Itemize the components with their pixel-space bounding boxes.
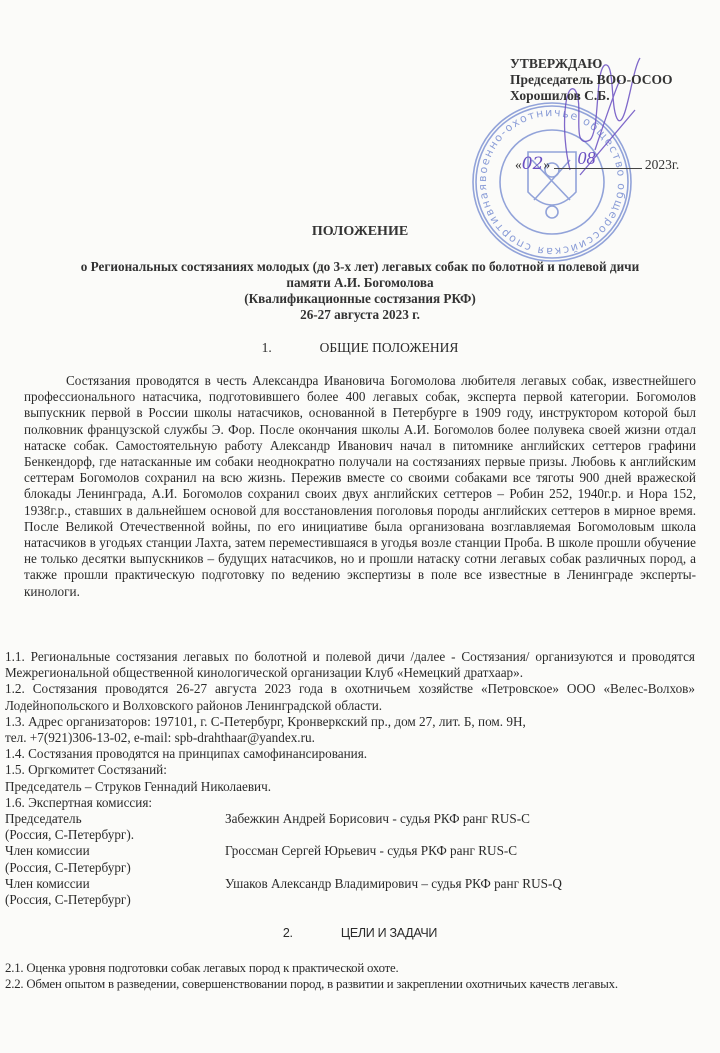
expert-name: Забежкин Андрей Борисович - судья РКФ ра… [225, 811, 530, 827]
date-year: 2023г. [645, 157, 679, 172]
expert-location: (Россия, С-Петербург). [5, 827, 695, 843]
expert-row: Член комиссии Ушаков Александр Владимиро… [5, 876, 695, 892]
approval-position: Председатель ВОО-ОСОО [510, 72, 672, 88]
item-1-3-address: 1.3. Адрес организаторов: 197101, г. С-П… [5, 714, 695, 730]
item-2-1: 2.1. Оценка уровня подготовки собак лега… [5, 960, 695, 976]
item-1-1: 1.1. Региональные состязания легавых по … [5, 649, 695, 681]
date-month: 08 [578, 148, 596, 169]
document-subtitle: о Региональных состязаниях молодых (до 3… [0, 259, 720, 323]
expert-name: Гроссман Сергей Юрьевич - судья РКФ ранг… [225, 843, 517, 859]
section-1-items: 1.1. Региональные состязания легавых по … [5, 649, 695, 908]
approval-block: УТВЕРЖДАЮ Председатель ВОО-ОСОО Хорошило… [510, 56, 672, 104]
approval-name: Хорошилов С.Б. [510, 88, 672, 104]
date-month-line: 08 [554, 156, 642, 169]
section-2-heading: 2.ЦЕЛИ И ЗАДАЧИ [0, 926, 720, 940]
expert-role: Член комиссии [5, 876, 225, 892]
item-2-2: 2.2. Обмен опытом в разведении, совершен… [5, 976, 695, 992]
approval-date: «02» 08 2023г. [515, 154, 679, 174]
section-1-heading: 1.ОБЩИЕ ПОЛОЖЕНИЯ [0, 340, 720, 356]
expert-row: Председатель Забежкин Андрей Борисович -… [5, 811, 695, 827]
item-1-5: 1.5. Оргкомитет Состязаний: [5, 762, 695, 778]
item-1-4: 1.4. Состязания проводятся на принципах … [5, 746, 695, 762]
expert-location: (Россия, С-Петербург) [5, 860, 695, 876]
approval-title: УТВЕРЖДАЮ [510, 56, 672, 72]
item-1-2: 1.2. Состязания проводятся 26-27 августа… [5, 681, 695, 713]
item-1-6: 1.6. Экспертная комиссия: [5, 795, 695, 811]
document-title: ПОЛОЖЕНИЕ [0, 224, 720, 240]
expert-role: Член комиссии [5, 843, 225, 859]
section-1-intro: Состязания проводятся в честь Александра… [24, 373, 696, 600]
item-1-5-chair: Председатель – Струков Геннадий Николаев… [5, 779, 695, 795]
section-2-items: 2.1. Оценка уровня подготовки собак лега… [5, 960, 695, 992]
item-1-3-contacts: тел. +7(921)306-13-02, e-mail: spb-draht… [5, 730, 695, 746]
expert-location: (Россия, С-Петербург) [5, 892, 695, 908]
date-day: 02 [522, 154, 544, 174]
expert-row: Член комиссии Гроссман Сергей Юрьевич - … [5, 843, 695, 859]
expert-name: Ушаков Александр Владимирович – судья РК… [225, 876, 562, 892]
expert-role: Председатель [5, 811, 225, 827]
